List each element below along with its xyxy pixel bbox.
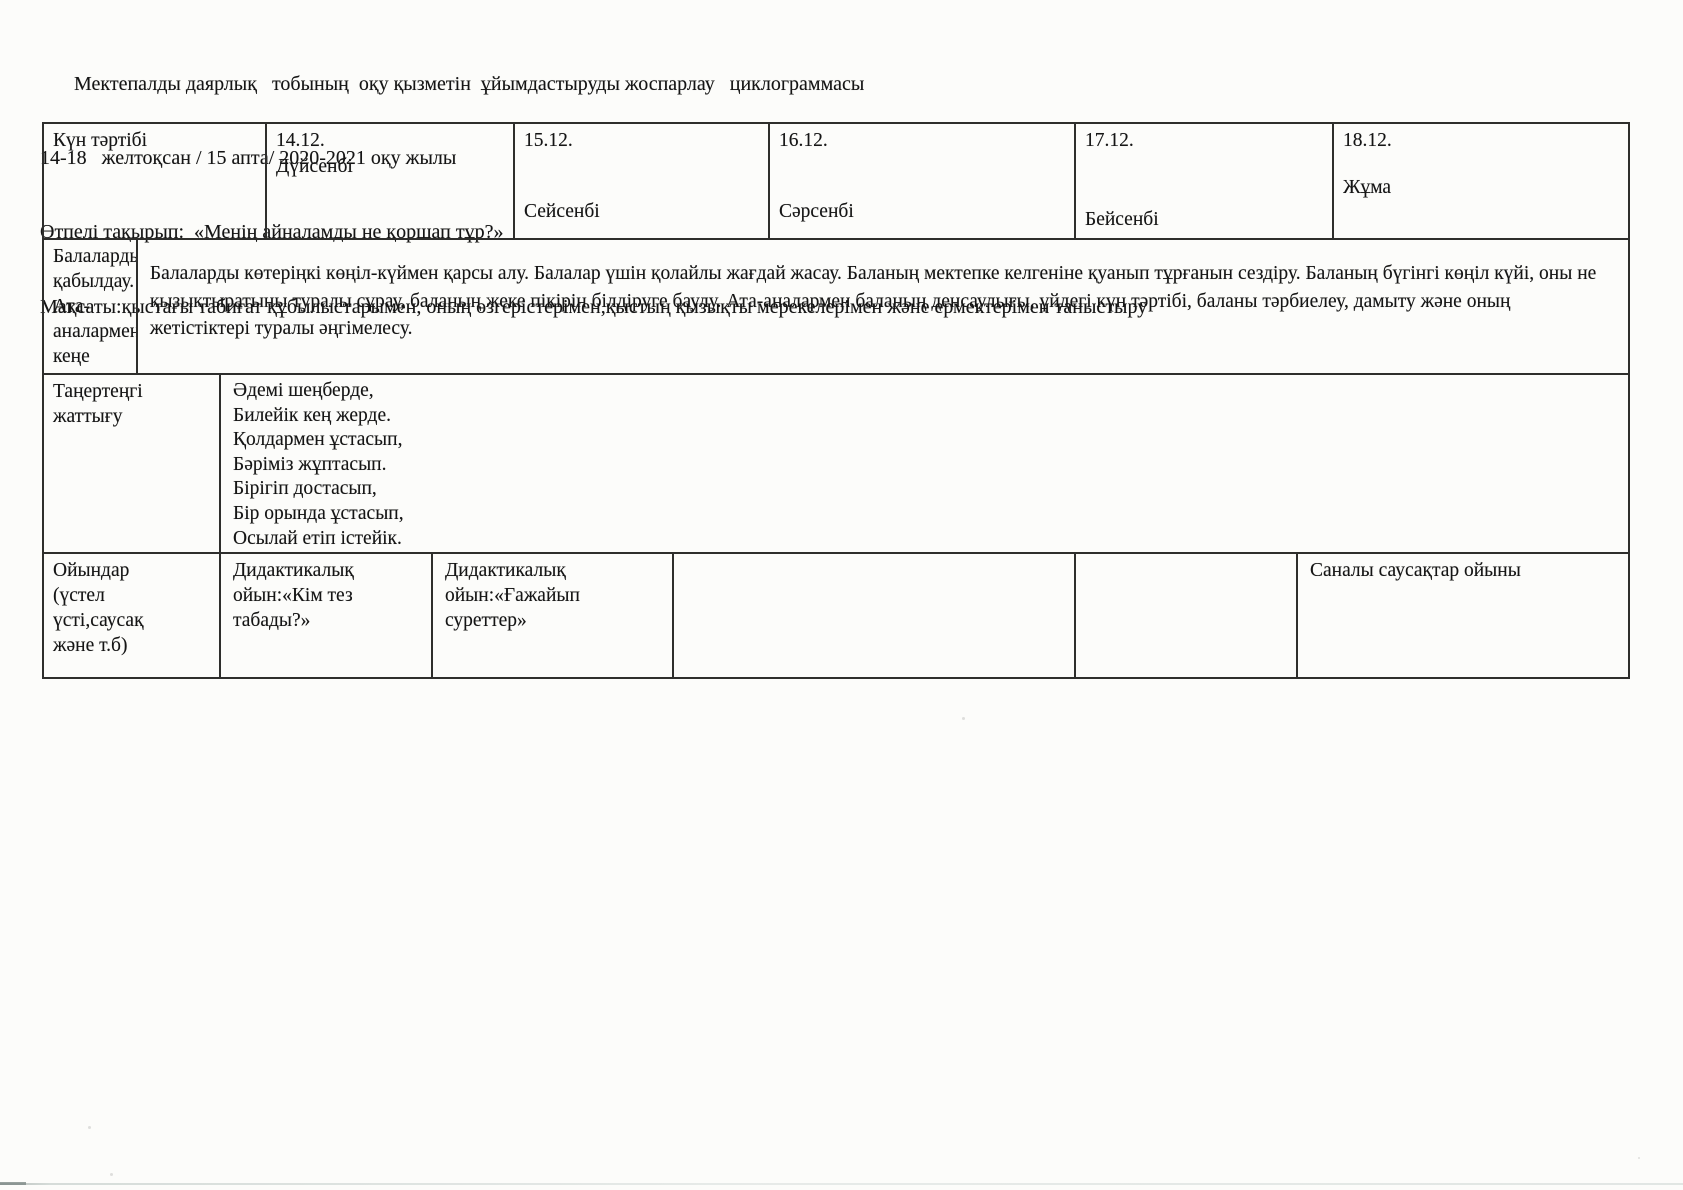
scanner-edge-line <box>0 1183 1683 1185</box>
weekday-label: Бейсенбі <box>1085 207 1324 232</box>
games-row: Ойындар (үстел үсті,саусақ және т.б) Дид… <box>44 552 1628 677</box>
date-label: 16.12. <box>779 128 1066 153</box>
corner-cell: Күн тәртібі <box>44 124 265 238</box>
doc-title-line: Мектепалды даярлық тобының оқу қызметін … <box>40 72 1147 97</box>
date-label: 18.12. <box>1343 128 1620 153</box>
schedule-table: Күн тәртібі 14.12. Дүйсенбі 15.12. Сейсе… <box>42 122 1630 679</box>
reception-row: Балаларды қабылдау. Ата- аналармен кеңе … <box>44 238 1628 373</box>
table-header-row: Күн тәртібі 14.12. Дүйсенбі 15.12. Сейсе… <box>44 124 1628 238</box>
exercise-row-label: Таңертеңгі жаттығу <box>44 375 219 552</box>
scanner-edge-dash <box>0 1182 26 1185</box>
weekday-label: Жұма <box>1343 175 1620 200</box>
day-cell-thursday: 17.12. Бейсенбі <box>1074 124 1332 238</box>
exercise-poem: Әдемі шеңберде, Билейік кең жерде. Қолда… <box>219 375 1628 552</box>
weekday-label: Дүйсенбі <box>276 154 505 179</box>
games-friday-cell: Саналы саусақтар ойыны <box>1296 554 1628 677</box>
date-label: 15.12. <box>524 128 760 153</box>
morning-exercise-row: Таңертеңгі жаттығу Әдемі шеңберде, Билей… <box>44 373 1628 552</box>
day-cell-friday: 18.12. Жұма <box>1332 124 1628 238</box>
scan-speck <box>962 717 965 720</box>
day-cell-wednesday: 16.12. Сәрсенбі <box>768 124 1074 238</box>
day-cell-tuesday: 15.12. Сейсенбі <box>513 124 768 238</box>
games-row-label: Ойындар (үстел үсті,саусақ және т.б) <box>44 554 219 677</box>
reception-row-label: Балаларды қабылдау. Ата- аналармен кеңе … <box>44 240 136 373</box>
games-tuesday-cell: Дидактикалық ойын:«Ғажайып суреттер» <box>431 554 672 677</box>
scan-speck <box>88 1126 91 1129</box>
date-label: 17.12. <box>1085 128 1324 153</box>
scanned-document-page: Мектепалды даярлық тобының оқу қызметін … <box>0 0 1683 1190</box>
games-monday-cell: Дидактикалық ойын:«Кім тез табады?» <box>219 554 431 677</box>
games-thursday-cell <box>1074 554 1296 677</box>
weekday-label: Сәрсенбі <box>779 199 1066 224</box>
reception-description: Балаларды көтеріңкі көңіл-күймен қарсы а… <box>136 240 1628 373</box>
date-label: 14.12. <box>276 128 505 153</box>
day-cell-monday: 14.12. Дүйсенбі <box>265 124 513 238</box>
scan-speck <box>1638 1157 1640 1159</box>
weekday-label: Сейсенбі <box>524 199 760 224</box>
scan-speck <box>110 1173 113 1176</box>
games-wednesday-cell <box>672 554 1074 677</box>
